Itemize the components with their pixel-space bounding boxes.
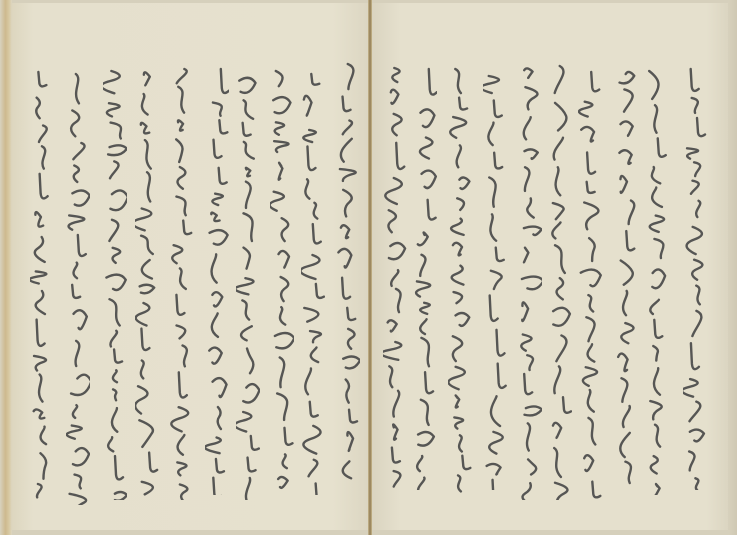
calligraphy-column — [170, 65, 194, 500]
calligraphy-column — [483, 70, 507, 490]
open-book-photo — [0, 0, 737, 535]
page-stack-edge-right — [728, 0, 737, 535]
calligraphy-column — [301, 70, 325, 495]
calligraphy-column — [518, 62, 542, 500]
calligraphy-column — [548, 62, 572, 500]
calligraphy-column — [646, 65, 670, 495]
calligraphy-column — [270, 65, 294, 495]
calligraphy-column — [448, 65, 472, 495]
calligraphy-column — [336, 60, 360, 490]
calligraphy-column — [383, 62, 407, 495]
calligraphy-column — [103, 65, 127, 500]
calligraphy-column — [683, 65, 707, 490]
calligraphy-column — [205, 65, 229, 495]
calligraphy-column — [236, 70, 260, 500]
calligraphy-column — [30, 68, 54, 500]
calligraphy-column — [66, 70, 90, 505]
page-stack-edge-left — [0, 0, 12, 535]
calligraphy-column — [578, 68, 602, 500]
calligraphy-column — [413, 65, 437, 490]
calligraphy-column — [615, 65, 639, 490]
calligraphy-column — [135, 65, 159, 500]
